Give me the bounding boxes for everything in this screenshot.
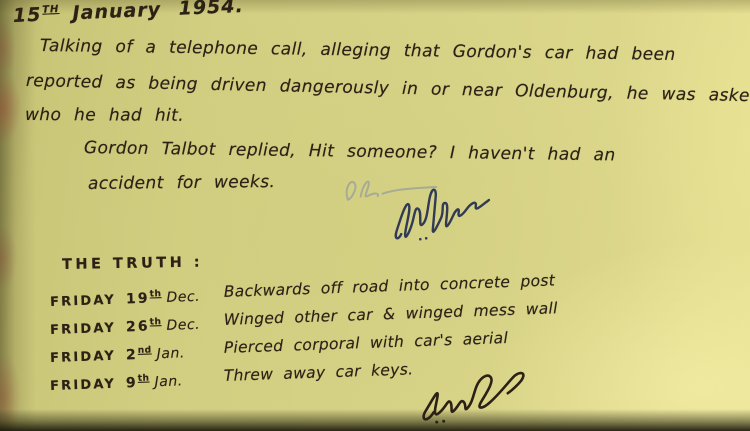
signature-dot: [425, 237, 428, 240]
truth-row-date-label: FRIDAY26thDec.: [50, 315, 224, 338]
bottom-signature: [409, 363, 544, 430]
narrative-line-2: reported as being driven dangerously in …: [26, 71, 750, 106]
month-label: Jan.: [156, 345, 185, 362]
signature-stroke: [390, 181, 493, 238]
date-number: 19: [126, 291, 150, 308]
photo-vignette-bottom: [0, 409, 750, 431]
logbook-page-photo: 15THJanuary 1954. Talking of a telephone…: [0, 0, 750, 431]
date-number: 2: [126, 347, 139, 363]
truth-row-date-label: FRIDAY2ndJan.: [50, 343, 224, 366]
photo-vignette-left: [0, 0, 36, 431]
signature-stroke: [420, 371, 528, 419]
entry-date-heading: 15THJanuary 1954.: [13, 0, 245, 27]
narrative-line-1: Talking of a telephone call, alleging th…: [40, 36, 676, 65]
truth-section-heading: THE TRUTH :: [62, 255, 203, 273]
event-text: Backwards off road into concrete post: [223, 271, 555, 301]
date-ordinal: th: [150, 317, 162, 327]
date-number: 26: [126, 319, 150, 336]
truth-row: FRIDAY9thJan.Threw away car keys.: [50, 362, 414, 394]
entry-date-rest: January 1954.: [72, 0, 244, 24]
month-label: Dec.: [166, 289, 200, 306]
signature-dot: [442, 420, 445, 423]
truth-row-date-label: FRIDAY19thDec.: [50, 287, 224, 310]
narrative-line-5: accident for weeks.: [88, 172, 275, 194]
date-ordinal: nd: [138, 345, 152, 355]
event-text: Winged other car & winged mess wall: [223, 299, 558, 329]
month-label: Dec.: [166, 317, 200, 334]
event-text: Pierced corporal with car's aerial: [223, 329, 508, 357]
signature-dot: [435, 420, 438, 423]
narrative-line-3: who he had hit.: [25, 105, 184, 126]
narrative-line-4: Gordon Talbot replied, Hit someone? I ha…: [84, 138, 616, 165]
friday-label: FRIDAY: [50, 349, 116, 366]
truth-row: FRIDAY2ndJan.Pierced corporal with car's…: [50, 331, 509, 366]
date-ordinal: th: [150, 289, 162, 299]
friday-label: FRIDAY: [50, 377, 116, 394]
entry-date-day: 15: [13, 4, 42, 27]
event-text: Threw away car keys.: [223, 360, 413, 385]
signature-dot: [419, 238, 422, 241]
month-label: Jan.: [154, 373, 183, 390]
date-ordinal: th: [138, 374, 150, 384]
date-number: 9: [126, 375, 139, 391]
truth-row-date-label: FRIDAY9thJan.: [50, 371, 224, 394]
entry-date-ordinal: TH: [42, 4, 60, 16]
friday-label: FRIDAY: [50, 293, 116, 310]
friday-label: FRIDAY: [50, 321, 116, 338]
